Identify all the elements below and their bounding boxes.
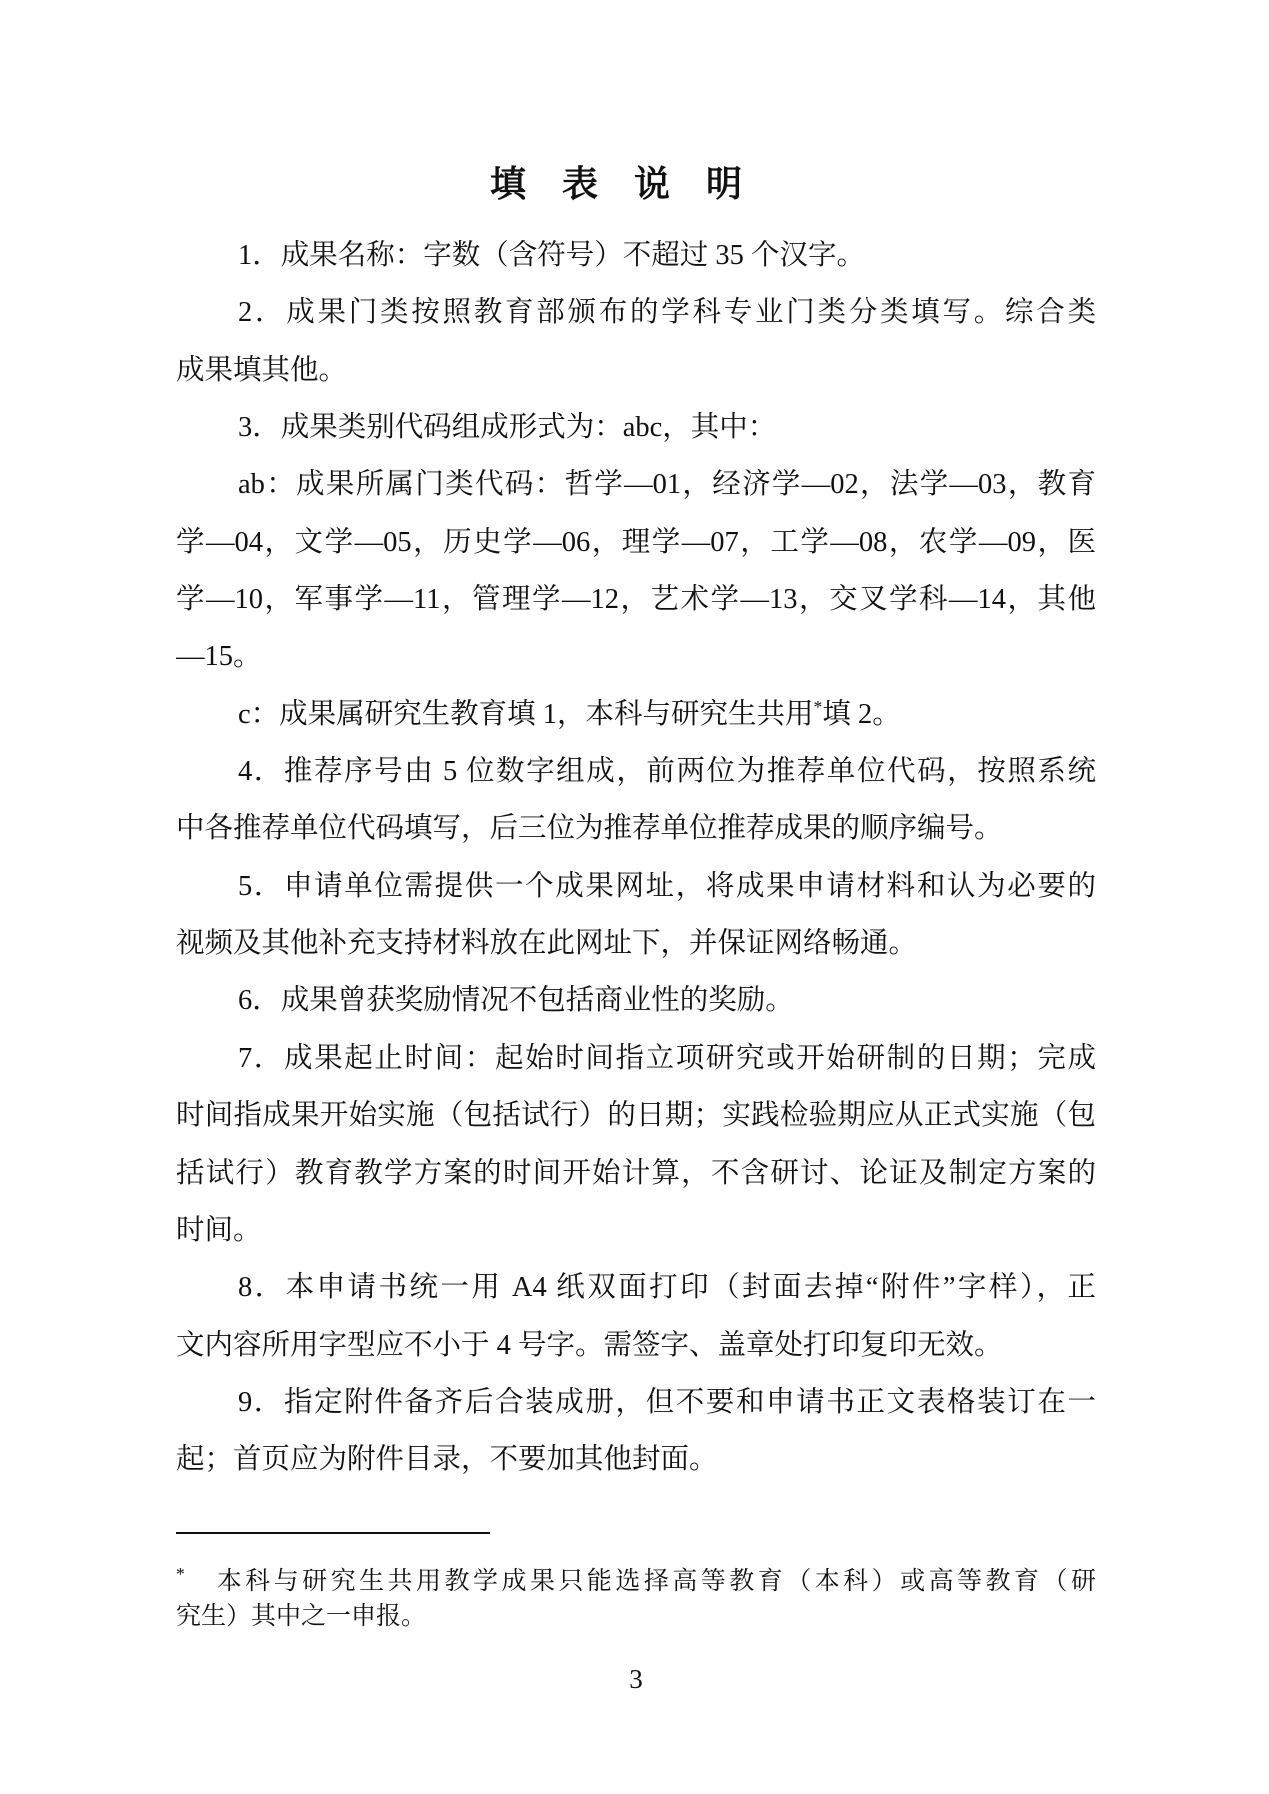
text-line: 时间。 <box>176 1202 1096 1259</box>
footnote-separator <box>176 1532 490 1534</box>
text-line: 究生）其中之一申报。 <box>176 1599 1096 1634</box>
text-line: 起；首页应为附件目录，不要加其他封面。 <box>176 1431 1096 1488</box>
text-line: 9．指定附件备齐后合装成册，但不要和申请书正文表格装订在一 <box>176 1374 1096 1431</box>
text-line: —15。 <box>176 628 1096 685</box>
footnote-marker: * <box>176 1564 185 1584</box>
text-line: 3．成果类别代码组成形式为：abc，其中： <box>176 399 1096 456</box>
text-line: 中各推荐单位代码填写，后三位为推荐单位推荐成果的顺序编号。 <box>176 800 1096 857</box>
page-title: 填 表 说 明 <box>176 163 1096 205</box>
text-line: c：成果属研究生教育填 1，本科与研究生共用*填 2。 <box>176 686 1096 743</box>
text-line: * 本科与研究生共用教学成果只能选择高等教育（本科）或高等教育（研 <box>176 1564 1096 1599</box>
text-line: 括试行）教育教学方案的时间开始计算，不含研讨、论证及制定方案的 <box>176 1145 1096 1202</box>
document-page: 填 表 说 明 1．成果名称：字数（含符号）不超过 35 个汉字。2．成果门类按… <box>0 0 1269 1794</box>
text-line: 学—10，军事学—11，管理学—12，艺术学—13，交叉学科—14，其他 <box>176 571 1096 628</box>
footnote-marker: * <box>814 697 823 717</box>
text-line: 视频及其他补充支持材料放在此网址下，并保证网络畅通。 <box>176 915 1096 972</box>
text-line: 2．成果门类按照教育部颁布的学科专业门类分类填写。综合类 <box>176 284 1096 341</box>
text-line: 文内容所用字型应不小于 4 号字。需签字、盖章处打印复印无效。 <box>176 1317 1096 1374</box>
text-line: 6．成果曾获奖励情况不包括商业性的奖励。 <box>176 972 1096 1029</box>
text-line: ab：成果所属门类代码：哲学—01，经济学—02，法学—03，教育 <box>176 456 1096 513</box>
text-line: 成果填其他。 <box>176 342 1096 399</box>
text-line: 5．申请单位需提供一个成果网址，将成果申请材料和认为必要的 <box>176 858 1096 915</box>
text-line: 时间指成果开始实施（包括试行）的日期；实践检验期应从正式实施（包 <box>176 1087 1096 1144</box>
text-line: 7．成果起止时间：起始时间指立项研究或开始研制的日期；完成 <box>176 1030 1096 1087</box>
instructions-section: 1．成果名称：字数（含符号）不超过 35 个汉字。2．成果门类按照教育部颁布的学… <box>176 227 1096 1489</box>
page-number: 3 <box>176 1663 1096 1696</box>
text-line: 学—04，文学—05，历史学—06，理学—07，工学—08，农学—09，医 <box>176 514 1096 571</box>
footnote-section: * 本科与研究生共用教学成果只能选择高等教育（本科）或高等教育（研究生）其中之一… <box>176 1564 1096 1634</box>
text-line: 4．推荐序号由 5 位数字组成，前两位为推荐单位代码，按照系统 <box>176 743 1096 800</box>
text-line: 1．成果名称：字数（含符号）不超过 35 个汉字。 <box>176 227 1096 284</box>
text-line: 8．本申请书统一用 A4 纸双面打印（封面去掉“附件”字样），正 <box>176 1259 1096 1316</box>
